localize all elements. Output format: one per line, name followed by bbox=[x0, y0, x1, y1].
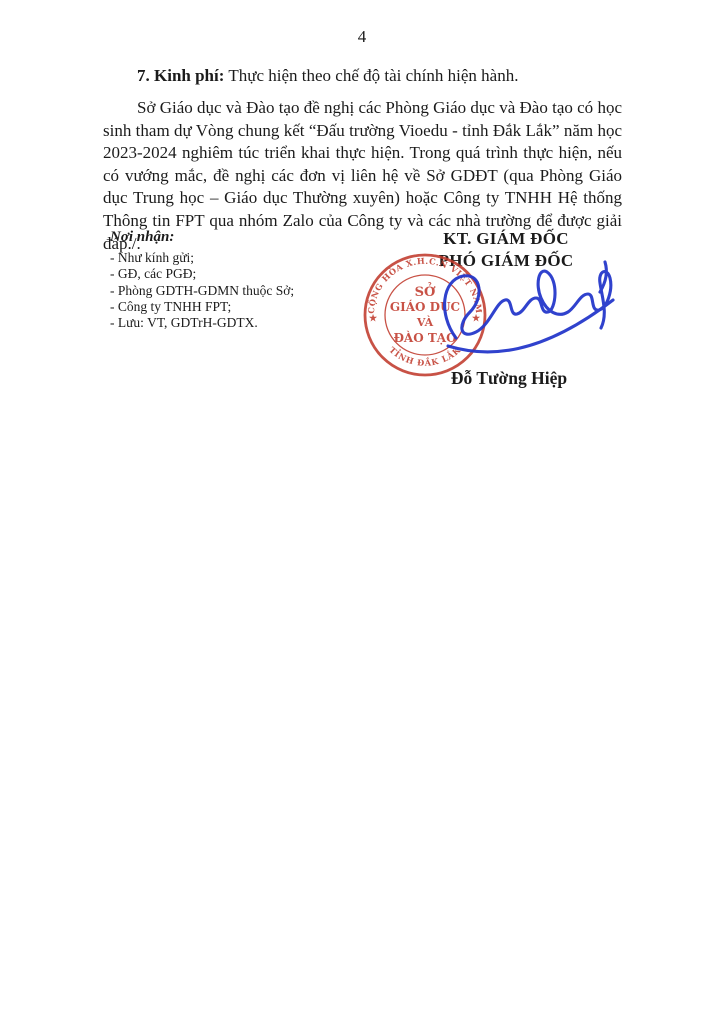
document-page: { "page": { "number": "4" }, "document":… bbox=[0, 0, 724, 1024]
recipient-item: - Như kính gửi; bbox=[110, 250, 380, 266]
recipient-item: - GĐ, các PGĐ; bbox=[110, 266, 380, 282]
section-heading-rest: Thực hiện theo chế độ tài chính hiện hàn… bbox=[224, 66, 518, 85]
section-heading: 7. Kinh phí: Thực hiện theo chế độ tài c… bbox=[103, 64, 622, 87]
stamp-star-left: ★ bbox=[369, 313, 378, 324]
signature-ink bbox=[420, 252, 620, 362]
recipient-item: - Phòng GDTH-GDMN thuộc Sở; bbox=[110, 283, 380, 299]
recipient-item: - Lưu: VT, GDTrH-GDTX. bbox=[110, 315, 380, 331]
recipients-list: - Như kính gửi; - GĐ, các PGĐ; - Phòng G… bbox=[110, 250, 380, 331]
signatory-title-line1: KT. GIÁM ĐỐC bbox=[390, 228, 622, 250]
recipients-heading: Nơi nhận: bbox=[110, 229, 380, 246]
section-heading-label: 7. Kinh phí: bbox=[137, 66, 224, 85]
recipient-item: - Công ty TNHH FPT; bbox=[110, 299, 380, 315]
signature-stroke-main bbox=[445, 271, 611, 338]
recipients-block: Nơi nhận: - Như kính gửi; - GĐ, các PGĐ;… bbox=[110, 229, 380, 331]
page-number: 4 bbox=[0, 27, 724, 47]
main-text-block: 7. Kinh phí: Thực hiện theo chế độ tài c… bbox=[103, 64, 622, 255]
